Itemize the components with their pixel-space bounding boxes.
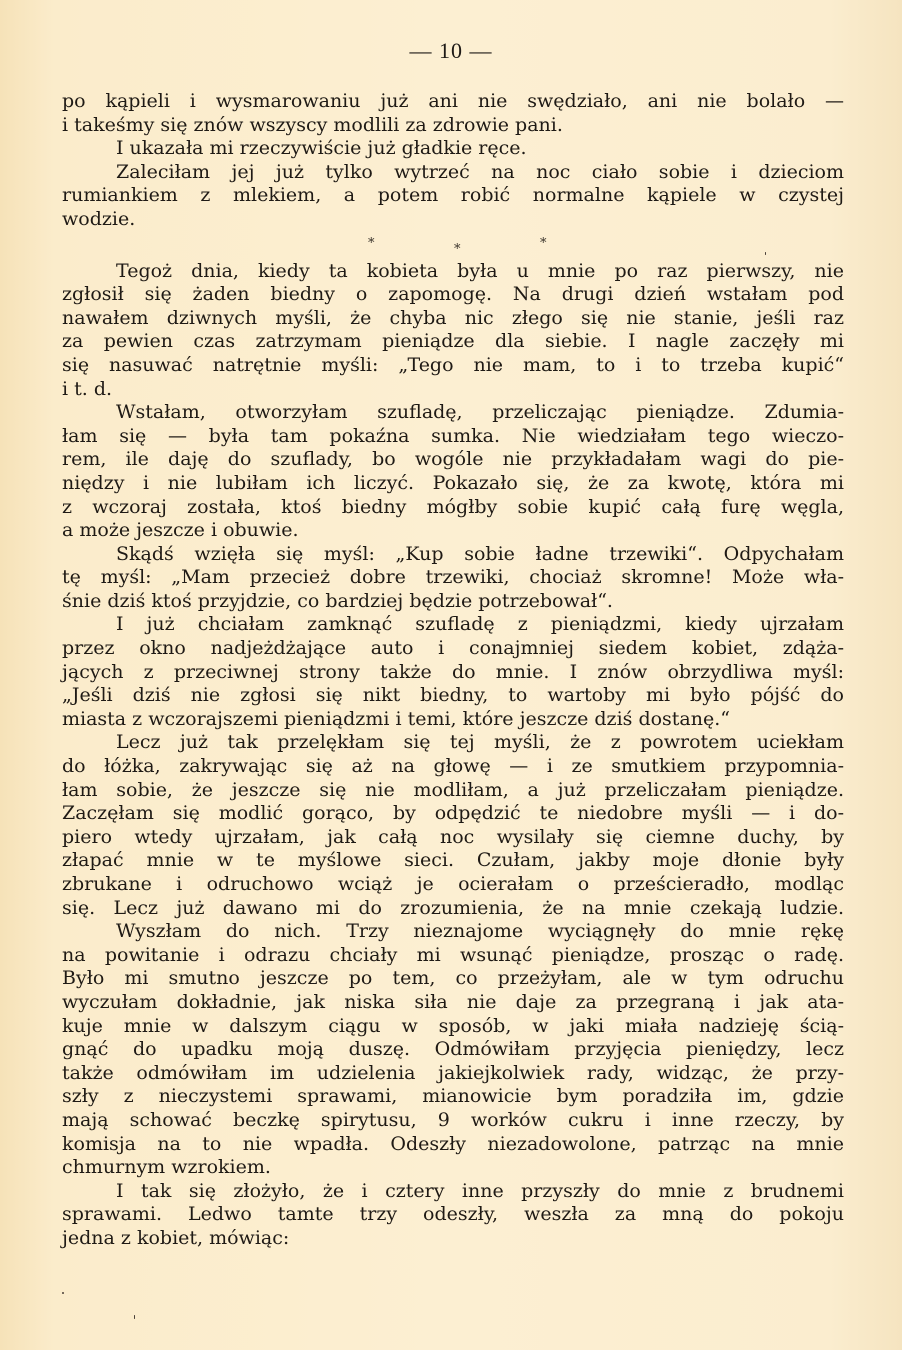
text-line: Tegoż dnia, kiedy ta kobieta była u mnie… <box>62 260 844 284</box>
text-line: niędzy i nie lubiłam ich liczyć. Pokazał… <box>62 472 844 496</box>
text-line: rem, ile daję do szuflady, bo wogóle nie… <box>62 448 844 472</box>
text-line: przez okno nadjeżdżające auto i conajmni… <box>62 637 844 661</box>
scan-speck <box>765 252 766 255</box>
text-line: do łóżka, zakrywając się aż na głowę — i… <box>62 755 844 779</box>
paragraph: Zaleciłam jej już tylko wytrzeć na noc c… <box>62 161 844 232</box>
text-line: i t. d. <box>62 378 844 402</box>
paragraph: Tegoż dnia, kiedy ta kobieta była u mnie… <box>62 260 844 402</box>
text-line: miasta z wczorajszemi pieniądzmi i temi,… <box>62 708 844 732</box>
text-line: wodzie. <box>62 208 844 232</box>
text-line: Zaczęłam się modlić gorąco, by odpędzić … <box>62 802 844 826</box>
text-line: Wstałam, otworzyłam szufladę, przeliczaj… <box>62 401 844 425</box>
text-line: na powitanie i odrazu chciały mi wsunąć … <box>62 944 844 968</box>
book-page: — 10 — po kąpieli i wysmarowaniu już ani… <box>0 0 902 1350</box>
text-line: Skądś wzięła się myśl: „Kup sobie ładne … <box>62 543 844 567</box>
text-line: śnie dziś ktoś przyjdzie, co bardziej bę… <box>62 590 844 614</box>
text-line: kuje mnie w dalszym ciągu w sposób, w ja… <box>62 1015 844 1039</box>
text-line: I tak się złożyło, że i cztery inne przy… <box>62 1180 844 1204</box>
section-separator: * * * <box>62 232 844 260</box>
text-line: chmurnym wzrokiem. <box>62 1156 844 1180</box>
text-line: sprawami. Ledwo tamte trzy odeszły, wesz… <box>62 1203 844 1227</box>
text-line: jących z przeciwnej strony także do mnie… <box>62 661 844 685</box>
paragraph: I już chciałam zamknąć szufladę z pienią… <box>62 613 844 731</box>
text-line: nawałem dziwnych myśli, że chyba nic złe… <box>62 307 844 331</box>
paragraph: Wstałam, otworzyłam szufladę, przeliczaj… <box>62 401 844 543</box>
text-line: złapać mnie w te myślowe sieci. Czułam, … <box>62 849 844 873</box>
text-line: I już chciałam zamknąć szufladę z pienią… <box>62 613 844 637</box>
text-line: szły z nieczystemi sprawami, mianowicie … <box>62 1085 844 1109</box>
text-line: piero wtedy ujrzałam, jak całą noc wysil… <box>62 826 844 850</box>
scan-speck <box>134 1315 135 1319</box>
text-line: komisja na to nie wpadła. Odeszły niezad… <box>62 1133 844 1157</box>
scan-speck <box>62 1292 64 1294</box>
paragraph: Skądś wzięła się myśl: „Kup sobie ładne … <box>62 543 844 614</box>
text-line: tę myśl: „Mam przecież dobre trzewiki, c… <box>62 566 844 590</box>
text-line: się nasuwać natrętnie myśli: „Tego nie m… <box>62 354 844 378</box>
text-line: zbrukane i odruchowo wciąż je ocierałam … <box>62 873 844 897</box>
text-line: z wczoraj została, ktoś biedny mógłby so… <box>62 496 844 520</box>
text-line: po kąpieli i wysmarowaniu już ani nie sw… <box>62 90 844 114</box>
separator-asterisk: * <box>540 232 547 256</box>
text-line: się. Lecz już dawano mi do zrozumienia, … <box>62 897 844 921</box>
text-line: a może jeszcze i obuwie. <box>62 519 844 543</box>
text-line: i takeśmy się znów wszyscy modlili za zd… <box>62 114 844 138</box>
text-line: jedna z kobiet, mówiąc: <box>62 1227 844 1251</box>
paragraph: Wyszłam do nich. Trzy nieznajome wyciągn… <box>62 920 844 1180</box>
page-number: — 10 — <box>0 38 902 64</box>
text-line: Wyszłam do nich. Trzy nieznajome wyciągn… <box>62 920 844 944</box>
text-line: Zaleciłam jej już tylko wytrzeć na noc c… <box>62 161 844 185</box>
paragraph: po kąpieli i wysmarowaniu już ani nie sw… <box>62 90 844 137</box>
text-line: gnąć do upadku moją duszę. Odmówiłam prz… <box>62 1038 844 1062</box>
text-line: za pewien czas zatrzymam pieniądze dla s… <box>62 330 844 354</box>
text-line: zgłosił się żaden biedny o zapomogę. Na … <box>62 283 844 307</box>
paragraph: I tak się złożyło, że i cztery inne przy… <box>62 1180 844 1251</box>
text-line: wyczułam dokładnie, jak niska siła nie d… <box>62 991 844 1015</box>
text-line: Było mi smutno jeszcze po tem, co przeży… <box>62 967 844 991</box>
text-line: rumiankiem z mlekiem, a potem robić norm… <box>62 184 844 208</box>
text-line: łam się — była tam pokaźna sumka. Nie wi… <box>62 425 844 449</box>
separator-asterisk: * <box>454 238 461 262</box>
text-line: łam sobie, że jeszcze się nie modliłam, … <box>62 779 844 803</box>
page-body-text: po kąpieli i wysmarowaniu już ani nie sw… <box>62 90 844 1251</box>
paragraph: I ukazała mi rzeczywiście już gładkie rę… <box>62 137 844 161</box>
text-line: Lecz już tak przelękłam się tej myśli, ż… <box>62 731 844 755</box>
paragraph: Lecz już tak przelękłam się tej myśli, ż… <box>62 731 844 920</box>
text-line: mają schować beczkę spirytusu, 9 worków … <box>62 1109 844 1133</box>
text-line: I ukazała mi rzeczywiście już gładkie rę… <box>62 137 844 161</box>
text-line: „Jeśli dziś nie zgłosi się nikt biedny, … <box>62 684 844 708</box>
separator-asterisk: * <box>368 232 375 256</box>
text-line: także odmówiłam im udzielenia jakiejkolw… <box>62 1062 844 1086</box>
